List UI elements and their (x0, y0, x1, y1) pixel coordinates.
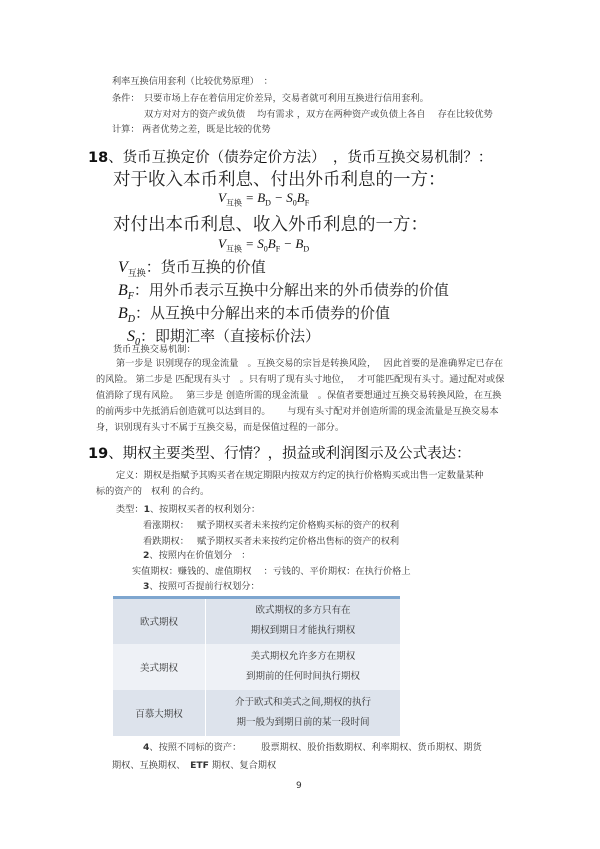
type-4-text-2b: 期权、复合期权 (209, 760, 276, 771)
table-row: 美式期权 美式期权允许多方在期权到期前的任何时间执行期权 (113, 644, 400, 690)
option-definition: 定义：期权是指赋予其购买者在规定期限内按双方约定的执行价格购买或出售一定数量某种… (96, 468, 486, 500)
call-option-text: 赋予期权买者未来按约定价格购买标的资产的权利 (197, 520, 399, 532)
section-18-heading: 18、货币互换定价（债券定价方法） ，货币互换交易机制？： (88, 146, 492, 167)
symbol-bf: BF (118, 282, 134, 299)
option-type-cell: 欧式期权 (113, 598, 206, 644)
type-4-label: 、按照不同标的资产： (149, 742, 241, 753)
type-1-line: 类型：1、按期权买者的权利划分： (116, 504, 260, 516)
option-desc-cell: 欧式期权的多方只有在期权到期日才能执行期权 (206, 598, 401, 644)
option-type-cell: 美式期权 (113, 644, 206, 690)
condition-line-2: 双方对对方的资产或负债 均有需求 ，双方在两种资产或负债上各自 存在比较优势 (144, 109, 493, 121)
condition-line-1: 只要市场上存在着信用定价差异，交易者就可利用互换进行信用套利。 (144, 93, 429, 105)
section-19-title: 、期权主要类型、行情？，损益或利润图示及公式表达： (108, 446, 471, 462)
desc-line: 欧式期权的多方只有在 (206, 601, 400, 621)
definition-bf-text: ：用外币表示互换中分解出来的外币债券的价值 (134, 281, 449, 299)
call-option-label: 看涨期权： (143, 520, 189, 532)
receive-domestic-text: 对于收入本币利息、付出外币利息的一方： (113, 166, 446, 191)
symbol-s0: S0 (127, 328, 140, 345)
type-4-text-1: 股票期权、股价指数期权、利率期权、货币期权、期货 (261, 742, 482, 753)
option-type-cell: 百慕大期权 (113, 690, 206, 736)
exercise-style-table: 欧式期权 欧式期权的多方只有在期权到期日才能执行期权 美式期权 美式期权允许多方… (113, 596, 400, 736)
arbitrage-title: 利率互换信用套利（比较优势原理） ： (112, 76, 273, 88)
symbol-bd: BD (118, 305, 135, 322)
section-18-title: 、货币互换定价（债券定价方法） ，货币互换交易机制？： (108, 150, 492, 166)
mechanism-label: 货币互换交易机制： (113, 344, 196, 356)
definition-bd: BD：从互换中分解出来的本币债券的价值 (118, 302, 390, 325)
section-19-number: 19 (88, 446, 108, 462)
option-desc-cell: 美式期权允许多方在期权到期前的任何时间执行期权 (206, 644, 401, 690)
type-4-text-2a: 期权、互换期权、 (112, 760, 190, 771)
desc-line: 期权到期日才能执行期权 (206, 621, 400, 641)
type-4-line-2: 期权、互换期权、 ETF 期权、复合期权 (112, 760, 276, 772)
section-19-heading: 19、期权主要类型、行情？，损益或利润图示及公式表达： (88, 442, 471, 463)
definition-bd-text: ：从互换中分解出来的本币债券的价值 (135, 304, 390, 322)
formula-1: V互换 = BD − S0BF (218, 190, 309, 209)
desc-line: 期一般为到期日前的某一段时间 (206, 713, 400, 733)
calc-text: 两者优势之差，既是比较的优势 (142, 124, 271, 136)
type-2-text: 、按照内在价值划分 ： (149, 550, 250, 561)
definition-s0-text: ：即期汇率（直接标价法） (140, 327, 320, 345)
put-option-text: 赋予期权买者未来按约定价格出售标的资产的权利 (197, 536, 399, 548)
put-option-label: 看跌期权： (143, 536, 189, 548)
condition-label: 条件： (112, 93, 140, 105)
section-18-number: 18 (88, 150, 108, 166)
desc-line: 介于欧式和美式之间,期权的执行 (206, 693, 400, 713)
option-desc-cell: 介于欧式和美式之间,期权的执行期一般为到期日前的某一段时间 (206, 690, 401, 736)
page-number: 9 (296, 781, 302, 791)
definition-bf: BF：用外币表示互换中分解出来的外币债券的价值 (118, 279, 449, 302)
type-1-text: 、按期权买者的权利划分： (150, 504, 260, 515)
calc-label: 计算： (112, 124, 140, 136)
symbol-v: V互换 (118, 259, 146, 276)
types-label: 类型： (116, 504, 144, 515)
formula-2: V互换 = S0BF − BD (218, 236, 309, 255)
etf-label: ETF (190, 760, 209, 771)
moneyness-line: 实值期权：赚钱的、虚值期权 ：亏钱的、平价期权：在执行价格上 (132, 566, 411, 578)
type-3-line: 3、按照可否提前行权划分： (143, 581, 260, 593)
definition-v-text: ：货币互换的价值 (146, 258, 266, 276)
desc-line: 美式期权允许多方在期权 (206, 647, 400, 667)
type-2-line: 2、按照内在价值划分 ： (143, 550, 250, 562)
pay-domestic-text: 对付出本币利息、收入外币利息的一方： (113, 211, 428, 236)
table-row: 百慕大期权 介于欧式和美式之间,期权的执行期一般为到期日前的某一段时间 (113, 690, 400, 736)
type-4-line: 4、按照不同标的资产：股票期权、股价指数期权、利率期权、货币期权、期货 (143, 742, 482, 754)
table-row: 欧式期权 欧式期权的多方只有在期权到期日才能执行期权 (113, 598, 400, 644)
desc-line: 到期前的任何时间执行期权 (206, 667, 400, 687)
mechanism-paragraph: 第一步是 识别现存的现金流量 。互换交易的宗旨是转换风险， 因此首要的是准确界定… (96, 356, 506, 436)
definition-v: V互换：货币互换的价值 (118, 256, 266, 279)
type-3-text: 、按照可否提前行权划分： (149, 581, 259, 592)
